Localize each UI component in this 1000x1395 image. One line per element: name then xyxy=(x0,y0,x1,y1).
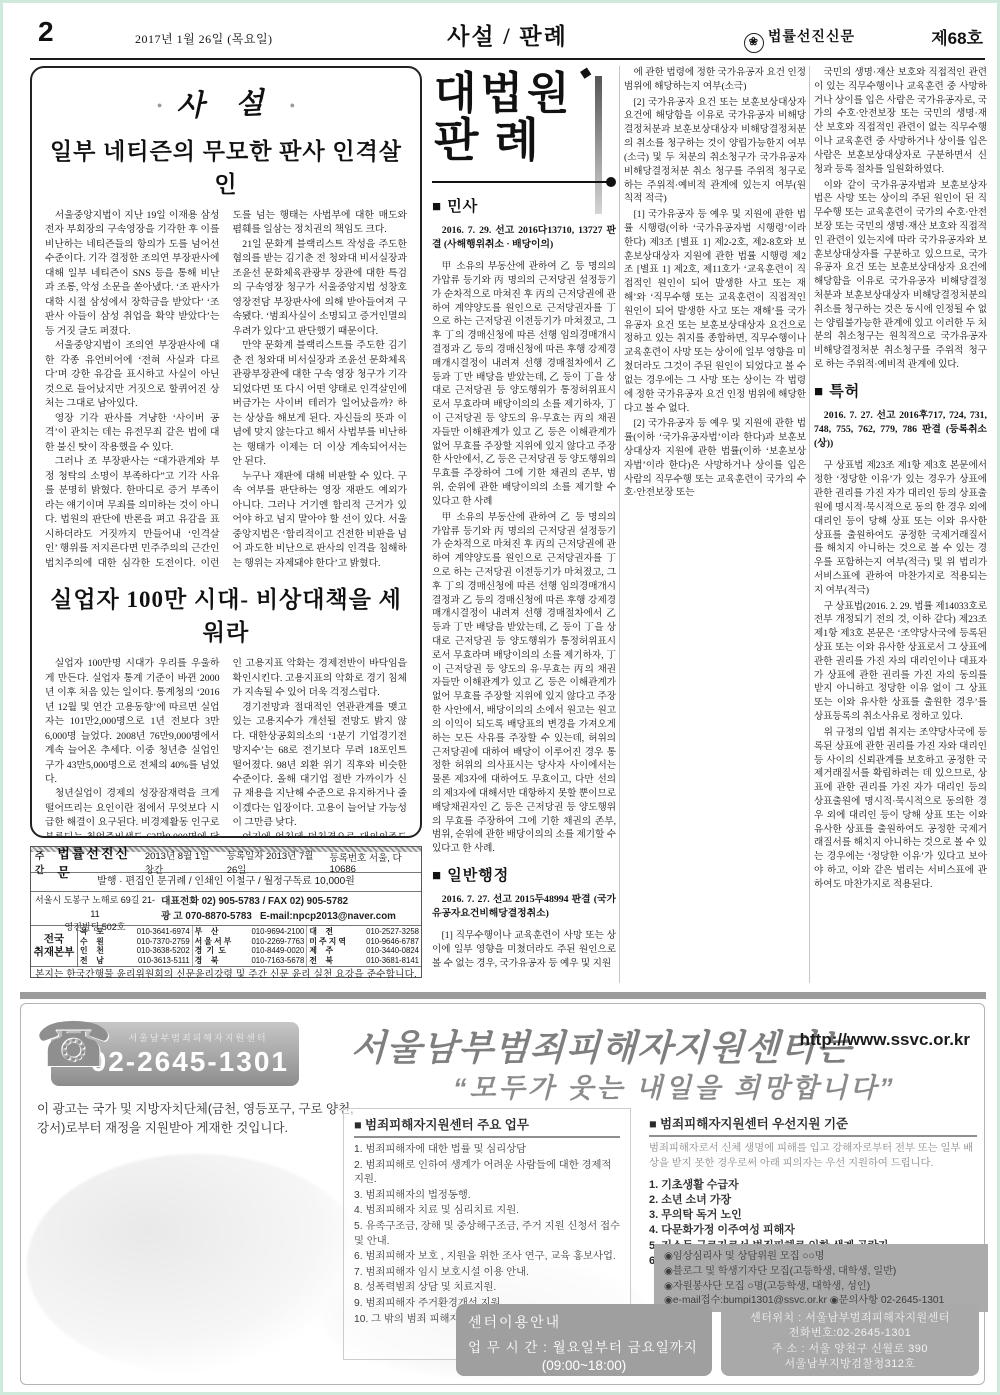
office-phones: 대표전화 02) 905-5783 / FAX 02) 905-5782 광 고… xyxy=(159,892,421,925)
recruit-line: ◉자원봉사단 모집 ○명(고등학생, 대학생, 성인) xyxy=(664,1280,978,1295)
duty-item: 5. 유족구조금, 장해 및 중상해구조금, 주거 지원 신청서 접수 및 안내… xyxy=(354,1220,620,1249)
location-info-box: 센터위치 : 서울남부범죄피해자지원센터 전화번호:02-2645-1301 주… xyxy=(721,1304,979,1376)
editorial-label-row: ●사 설● xyxy=(45,82,407,123)
ad-phone-email: 광 고 070-8870-5783 E-mail:npcp2013@naver.… xyxy=(161,909,419,924)
case-paragraph: 甲 소유의 부동산에 관하여 乙 등 명의의 가압류 등기와 丙 명의의 근저당… xyxy=(432,260,616,509)
address-line-1: 서울시 도봉구 노해로 69길 21-11 xyxy=(31,894,159,921)
duty-item: 1. 범죄피해자에 대한 법률 및 심리상담 xyxy=(354,1143,620,1158)
editorial-label: 사 설 xyxy=(176,80,277,124)
bureau-entry: 제 주010-3440-0824 xyxy=(309,946,419,956)
bureau-entry: 전 남010-3613-5111 xyxy=(80,956,190,966)
bureau-label: 전국취재본부 xyxy=(31,926,78,966)
office-address: 서울시 도봉구 노해로 69길 21-11 영진빌딩 502호 xyxy=(31,892,159,925)
telephone-icon: ☎ xyxy=(35,1008,112,1081)
ad-separator-band xyxy=(20,992,986,999)
precedent-column-2: 에 관한 법령에 정한 국가유공자 요건 인정 범위에 해당하는지 여부(소극)… xyxy=(624,66,806,983)
ad-headline: 서울남부범죄피해자지원센터는 xyxy=(350,1020,853,1071)
duty-item: 8. 성폭력범죄 상담 및 치료지원. xyxy=(354,1281,620,1296)
administration-paragraphs-end: 국민의 생명·재산 보호와 직접적인 관련이 있는 직무수행이나 교육훈련 중 … xyxy=(814,66,987,372)
paper-name: 법률선진신문 xyxy=(768,28,855,44)
duty-item: 3. 범죄피해자의 법정동행. xyxy=(354,1189,620,1204)
bureau-group-3: 대 전010-2527-3258미 주 지 역010-9646-6787제 주0… xyxy=(307,926,421,966)
bureau-entry: 미 주 지 역010-9646-6787 xyxy=(309,937,419,947)
administration-paragraphs: [1] 직무수행이나 교육훈련이 사망 또는 상이에 일부 영향을 미쳤더라도 … xyxy=(432,929,616,970)
bureau-group-2: 부 산010-9694-2100서 울 서 부010-2269-7763경 기 … xyxy=(193,926,308,966)
column-divider xyxy=(619,66,620,983)
bullet-dot-icon: ● xyxy=(157,100,162,110)
bureau-entry: 전 북010-3681-8141 xyxy=(309,956,419,966)
bureau-entry: 대 전010-2527-3258 xyxy=(309,927,419,937)
recruit-box: ◉임상심리사 및 상담위원 모집 ○○명◉블로그 및 학생기자단 모집(고등학생… xyxy=(654,1244,988,1312)
logo-vertical-bar xyxy=(595,76,602,214)
editorial-article-2: 실업자 100만명 시대가 우리를 우울하게 만든다. 실업자 통계 기준이 바… xyxy=(45,657,407,838)
bureau-entry: 목 포010-3641-6974 xyxy=(80,927,190,937)
center-website-url: http://www.ssvc.or.kr xyxy=(800,1030,970,1050)
main-phone-fax: 대표전화 02) 905-5783 / FAX 02) 905-5782 xyxy=(161,894,419,909)
case-paragraph: 구 상표법(2016. 2. 29. 법률 제14033호로 전부 개정되기 전… xyxy=(814,600,987,724)
case-paragraph: [2] 국가유공자 요건 또는 보훈보상대상자 요건에 해당함을 이유로 국가유… xyxy=(624,96,806,207)
registration-number: 등록번호 서울, 다10686 xyxy=(330,850,417,875)
editorial-paragraph: 실업자 100만명 시대가 우리를 우울하게 만든다. 실업자 통계 기준이 바… xyxy=(45,657,220,787)
case-citation-patent: 2016. 7. 27. 선고 2016후717, 724, 731, 748,… xyxy=(814,409,987,452)
editorial-paragraph: 21일 문화계 블랙리스트 작성을 주도한 혐의를 받는 김기춘 전 청와대 비… xyxy=(233,238,408,339)
editorial-paragraph: 여기에 엎친데 덮친격으로 대외의존도가 높은 수출여건도 미국의 보호무역주의… xyxy=(233,831,408,838)
page-header: 2 2017년 1월 26일 (목요일) 사설 / 판례 ❀법률선진신문 제68… xyxy=(30,10,985,60)
paper-brand: ❀법률선진신문 xyxy=(744,26,855,53)
administration-paragraphs-cont: 에 관한 법령에 정한 국가유공자 요건 인정 범위에 해당하는지 여부(소극)… xyxy=(624,66,806,500)
issue-number: 제68호 xyxy=(931,24,983,49)
bureau-entry: 서 울 서 부010-2269-7763 xyxy=(195,937,305,947)
usage-title: 센터이용안내 xyxy=(468,1312,700,1332)
center-location: 센터위치 : 서울남부범죄피해자지원센터 xyxy=(731,1311,969,1326)
editorial-headline-1: 일부 네티즌의 무모한 판사 인격살인 xyxy=(45,133,407,199)
editorial-article-1: 서울중앙지법이 지난 19일 이재용 삼성전자 부회장의 구속영장을 기각한 후… xyxy=(45,209,407,571)
faded-photo xyxy=(27,1154,367,1374)
paper-logo-icon: ❀ xyxy=(744,33,764,53)
registration-date: 등록일자 2013년 7월 26일 xyxy=(227,848,324,876)
center-phone: 전화번호:02-2645-1301 xyxy=(731,1326,969,1341)
diamond-icon: ◆ xyxy=(578,66,594,85)
criteria-intro: 범죄피해자로서 신체 생명에 피해를 입고 강해자로부터 전부 또는 일부 배상… xyxy=(649,1142,977,1172)
case-paragraph: 국민의 생명·재산 보호와 직접적인 관련이 있는 직무수행이나 교육훈련 중 … xyxy=(814,66,987,177)
case-citation-administration: 2016. 7. 27. 선고 2015두48994 판결 (국가유공자요건비해… xyxy=(432,893,616,921)
ethics-statement: 본지는 한국간행물 윤리위원회의 신문윤리강령 및 주간 신문 윤리 실천 요강… xyxy=(31,967,421,982)
column-divider xyxy=(809,66,810,983)
criteria-item: 1. 기초생활 수급자 xyxy=(649,1178,977,1193)
publication-info-box: 주간 법률선진신문 2013년 8월 1일 창간 등록일자 2013년 7월 2… xyxy=(30,846,422,978)
editorial-paragraph: 서울중앙지법이 지난 19일 이재용 삼성전자 부회장의 구속영장을 기각한 후… xyxy=(45,209,220,339)
case-paragraph: 에 관한 법령에 정한 국가유공자 요건 인정 범위에 해당하는지 여부(소극) xyxy=(624,66,806,94)
duty-item: 4. 범죄피해자 치료 및 심리치료 지원. xyxy=(354,1204,620,1219)
bureau-entry: 인 천010-3638-5202 xyxy=(80,946,190,956)
contact-row: 서울시 도봉구 노해로 69길 21-11 영진빌딩 502호 대표전화 02)… xyxy=(31,892,421,926)
supreme-court-precedent-logo: ◆ 대법원 판례 xyxy=(434,72,584,165)
case-paragraph: 위 규정의 입법 취지는 조약당사국에 등록된 상표에 관한 권리를 가진 자와… xyxy=(814,726,987,892)
case-paragraph: [1] 직무수행이나 교육훈련이 사망 또는 상이에 일부 영향을 미쳤더라도 … xyxy=(432,929,616,970)
duty-item: 2. 범죄피해로 인하여 생계가 어려운 사람들에 대한 경제적 지원. xyxy=(354,1159,620,1188)
case-citation-civil: 2016. 7. 29. 선고 2016다13710, 13727 판결 (사해… xyxy=(432,224,616,252)
section-patent: ■ 특허 xyxy=(814,380,987,401)
duty-item: 6. 범죄피해자 보호 , 지원을 위한 조사 연구, 교육 홍보사업. xyxy=(354,1250,620,1265)
logo-line-2: 판례 xyxy=(434,117,584,165)
duty-item: 7. 범죄피해자 임시 보호시설 이용 안내. xyxy=(354,1266,620,1281)
weekly-label: 주간 xyxy=(35,848,51,876)
criteria-title: ■ 범죄피해자지원센터 우선지원 기준 xyxy=(649,1114,977,1137)
center-address-1: 주 소 : 서울 양천구 신월로 390 xyxy=(731,1342,969,1357)
criteria-item: 2. 소년 소녀 가장 xyxy=(649,1193,977,1208)
bureau-entry: 경 북010-7163-5678 xyxy=(195,956,305,966)
editorial-paragraph: 경기전망과 절대적인 연관관계를 맺고 있는 고용지수가 개선될 전망도 밝지 … xyxy=(233,701,408,831)
duties-title: ■ 범죄피해자지원센터 주요 업무 xyxy=(354,1115,620,1138)
editorial-paragraph: 청년실업이 경제의 성장잠재력을 크게 떨어뜨리는 요인이란 점에서 무엇보다 … xyxy=(45,787,220,838)
email: E-mail:npcp2013@naver.com xyxy=(260,911,396,922)
founded-date: 2013년 8월 1일 창간 xyxy=(145,848,221,876)
case-paragraph: 구 상표법 제23조 제1항 제3호 본문에서 정한 ‘정당한 이유’가 있는 … xyxy=(814,459,987,597)
ad-disclaimer: 이 광고는 국가 및 지방자치단체(금천, 영등포구, 구로 양천, 강서)로부… xyxy=(37,1100,367,1139)
civil-paragraphs: 甲 소유의 부동산에 관하여 乙 등 명의의 가압류 등기와 丙 명의의 근저당… xyxy=(432,260,616,856)
precedent-column-3: 국민의 생명·재산 보호와 직접적인 관련이 있는 직무수행이나 교육훈련 중 … xyxy=(814,66,987,983)
editorial-paragraph: 영장 기각 판사를 겨냥한 ‘사이버 공격’이 관치는 데는 유전무죄 같은 법… xyxy=(45,412,220,455)
case-paragraph: 甲 소유의 부동산에 관하여 乙 등 명의의 가압류 등기와 丙 명의의 근저당… xyxy=(432,511,616,856)
criteria-item: 4. 다문화가정 이주여성 피해자 xyxy=(649,1223,977,1238)
logo-divider-line xyxy=(432,181,614,183)
rule-endpoint-dot xyxy=(606,177,616,187)
editorial-paragraph: 누구나 재판에 대해 비판할 수 있다. 구속 여부를 판단하는 영장 재판도 … xyxy=(233,470,408,571)
ad-phone-box: ☎ 서울남부범죄피해자지원센터 02-2645-1301 xyxy=(51,1022,299,1086)
bureau-entry: 부 산010-9694-2100 xyxy=(195,927,305,937)
center-address-2: 서울남부지방검찰청312호 xyxy=(731,1357,969,1372)
usage-time-range: (09:00~18:00) xyxy=(468,1358,700,1373)
bullet-dot-icon: ● xyxy=(290,100,295,110)
editorial-headline-2: 실업자 100만 시대- 비상대책을 세워라 xyxy=(45,581,407,647)
section-administration: ■ 일반행정 xyxy=(432,864,616,885)
case-paragraph: 이와 같이 국가유공자법과 보훈보상자법은 사망 또는 상이의 주된 원인이 된… xyxy=(814,179,987,372)
usage-hours: 업 무 시 간 : 월요일부터 금요일까지 xyxy=(468,1336,700,1356)
editorial-paragraph: 만약 문화계 블랙리스트를 주도한 김기춘 전 청와대 비서실장과 조윤선 문화… xyxy=(233,339,408,469)
support-center-ad: ☎ 서울남부범죄피해자지원센터 02-2645-1301 이 광고는 국가 및 … xyxy=(20,1003,985,1385)
logo-line-1: 대법원 xyxy=(434,72,584,117)
criteria-item: 3. 무의탁 독거 노인 xyxy=(649,1208,977,1223)
recruit-line: ◉블로그 및 학생기자단 모집(고등학생, 대학생, 일반) xyxy=(664,1265,978,1280)
publication-title-row: 주간 법률선진신문 2013년 8월 1일 창간 등록일자 2013년 7월 2… xyxy=(31,852,421,873)
case-paragraph: [2] 국가유공자 등 예우 및 지원에 관한 법률(이하 ‘국가유공자법’이라… xyxy=(624,417,806,500)
recruit-line: ◉임상심리사 및 상담위원 모집 ○○명 xyxy=(664,1250,978,1265)
bureau-group-1: 목 포010-3641-6974수 원010-7370-2759인 천010-3… xyxy=(78,926,193,966)
ad-slogan: “모두가 웃는 내일을 희망합니다” xyxy=(453,1066,896,1105)
usage-info-box: 센터이용안내 업 무 시 간 : 월요일부터 금요일까지 (09:00~18:0… xyxy=(456,1304,712,1376)
bureau-entry: 경 기 도010-8449-0020 xyxy=(195,946,305,956)
editorial-box: ●사 설● 일부 네티즌의 무모한 판사 인격살인 서울중앙지법이 지난 19일… xyxy=(30,66,422,838)
patent-paragraphs: 구 상표법 제23조 제1항 제3호 본문에서 정한 ‘정당한 이유’가 있는 … xyxy=(814,459,987,891)
duties-list: 1. 범죄피해자에 대한 법률 및 심리상담2. 범죄피해로 인하여 생계가 어… xyxy=(354,1143,620,1327)
bureau-entry: 수 원010-7370-2759 xyxy=(80,937,190,947)
precedent-column-1: ◆ 대법원 판례 ■ 민사 2016. 7. 29. 선고 2016다13710… xyxy=(432,66,616,983)
case-paragraph: [1] 국가유공자 등 예우 및 지원에 관한 법률 시행령(이하 ‘국가유공자… xyxy=(624,208,806,415)
editorial-paragraph: 서울중앙지법이 조의연 부장판사에 대한 각종 유언비어에 ‘전혀 사실과 다르… xyxy=(45,339,220,411)
bureau-row: 전국취재본부 목 포010-3641-6974수 원010-7370-2759인… xyxy=(31,926,421,967)
section-civil: ■ 민사 xyxy=(432,195,616,216)
